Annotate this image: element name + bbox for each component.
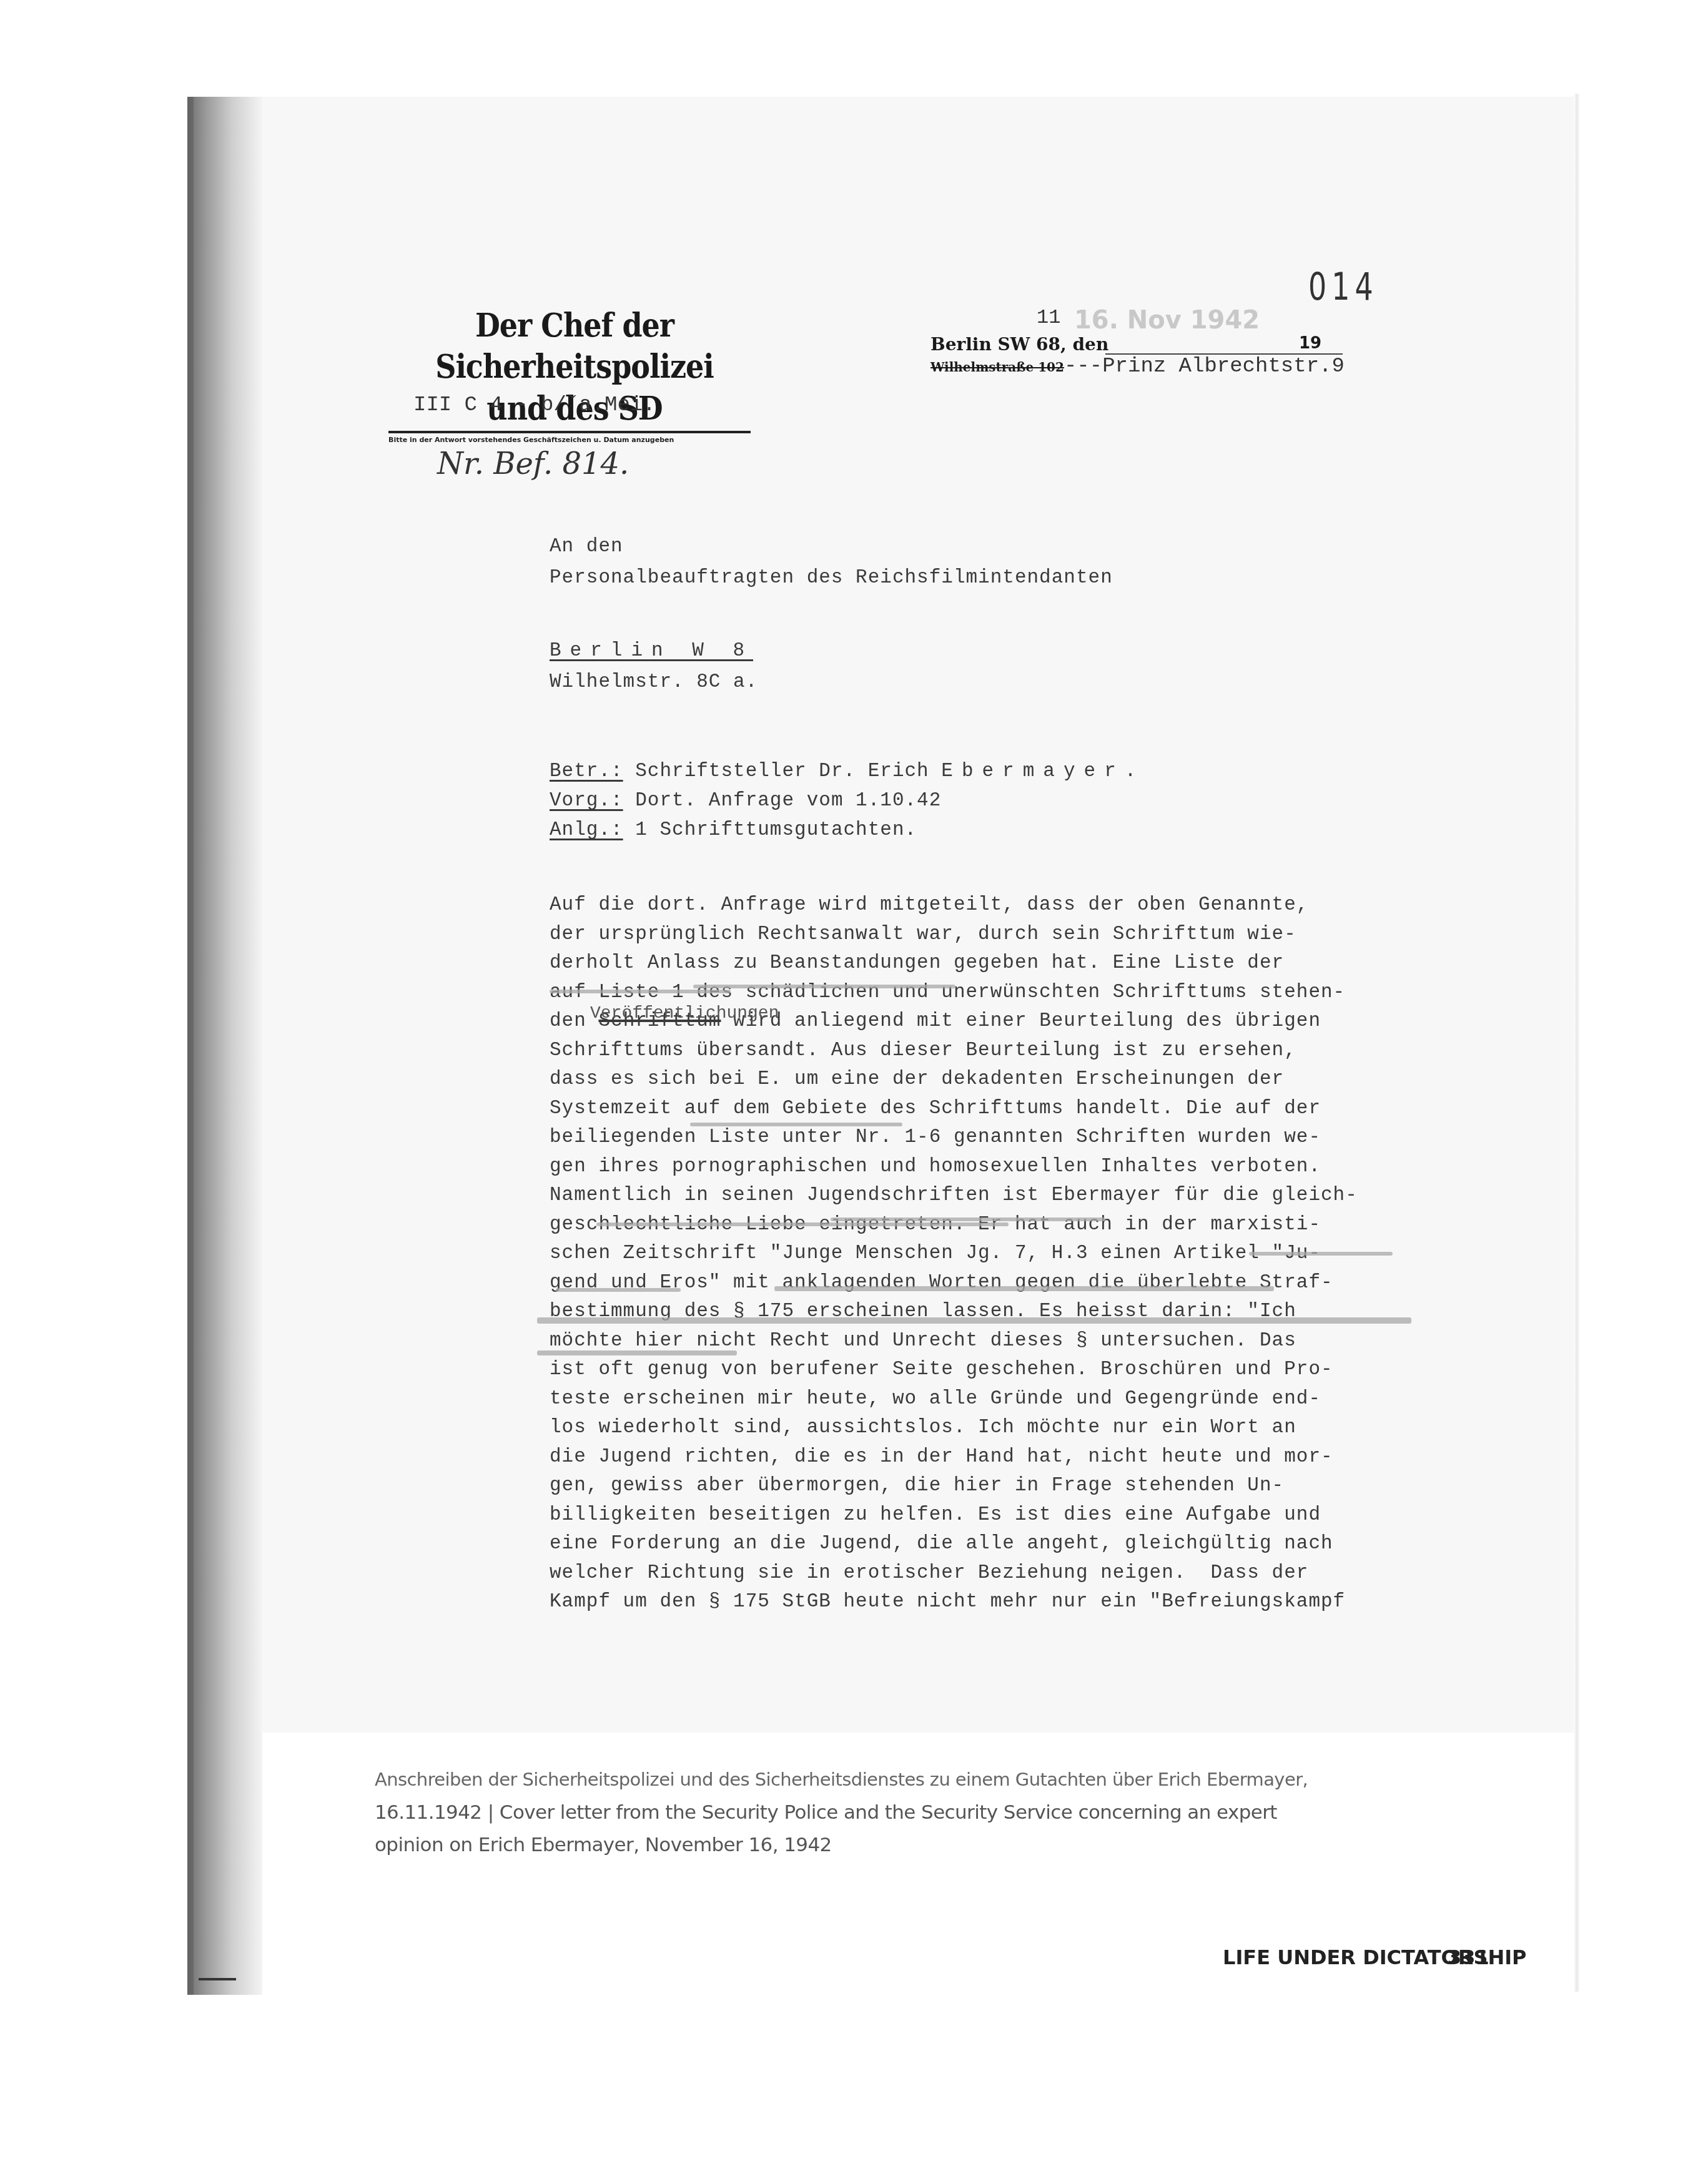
pencil-underline (537, 1350, 737, 1355)
body-line: welcher Richtung sie in erotischer Bezie… (550, 1562, 1308, 1584)
body-line: Systemzeit auf dem Gebiete des Schrifttu… (550, 1098, 1321, 1119)
caption-english-1: 16.11.1942 | Cover letter from the Secur… (375, 1801, 1277, 1824)
body-line: teste erscheinen mir heute, wo alle Grün… (550, 1388, 1321, 1410)
subject-text: 1 Schrifttumsgutachten. (635, 819, 917, 841)
caption-german: Anschreiben der Sicherheitspolizei und d… (375, 1769, 1308, 1790)
body-line: eine Forderung an die Jugend, die alle a… (550, 1533, 1333, 1555)
body-line: Kampf um den § 175 StGB heute nicht mehr… (550, 1591, 1345, 1613)
pencil-underline (1249, 1252, 1393, 1256)
handwritten-reference: Nr. Bef. 814. (437, 446, 629, 481)
pencil-underline (774, 1286, 1274, 1291)
page-number: 331 (1448, 1945, 1489, 1969)
subject-betr: Betr.: Schriftsteller Dr. Erich Ebermaye… (550, 760, 1145, 782)
recipient-line-1: An den (550, 536, 623, 558)
body-line: billigkeiten beseitigen zu helfen. Es is… (550, 1504, 1321, 1526)
file-reference: III C 4 - b/ˇa.Mei. (413, 393, 656, 417)
body-line: Namentlich in seinen Jugendschriften ist… (550, 1184, 1358, 1206)
recipient-street: Wilhelmstr. 8C a. (550, 671, 758, 693)
year-prefix: 19 (1299, 334, 1321, 353)
caption-english-2: opinion on Erich Ebermayer, November 16,… (375, 1834, 832, 1856)
page-right-edge (1574, 94, 1580, 1992)
pencil-underline (556, 1288, 681, 1292)
received-stamp: 16. Nov 1942 (1074, 306, 1260, 335)
subject-label: Vorg.: (550, 790, 623, 812)
letterhead-line-1: Der Chef der Sicherheitspolizei (387, 304, 762, 387)
body-line: gen, gewiss aber übermorgen, die hier in… (550, 1475, 1284, 1497)
body-line: der ursprünglich Rechtsanwalt war, durch… (550, 923, 1296, 945)
subject-vorg: Vorg.: Dort. Anfrage vom 1.10.42 (550, 790, 941, 812)
reference-hint: Bitte in der Antwort vorstehendes Geschä… (388, 436, 674, 444)
subject-text: Dort. Anfrage vom 1.10.42 (635, 790, 941, 812)
body-line: möchte hier nicht Recht und Unrecht dies… (550, 1330, 1296, 1352)
book-gutter-edge (187, 97, 194, 1995)
page-edge-mark (199, 1978, 236, 1980)
place-line: Berlin SW 68, den (930, 334, 1108, 355)
body-line: Auf die dort. Anfrage wird mitgeteilt, d… (550, 894, 1308, 916)
new-street: ---Prinz Albrechtstr.9 (1064, 355, 1345, 378)
typed-insertion: Veröffentlichungen (590, 1004, 779, 1023)
body-line-rest: wird anliegend mit einer Beurteilung des… (721, 1010, 1321, 1032)
sender-street: Wilhelmstraße 102---Prinz Albrechtstr.9 (930, 355, 1345, 378)
subject-text: Schriftsteller Dr. Erich (635, 760, 941, 782)
body-line: beiliegenden Liste unter Nr. 1-6 genannt… (550, 1126, 1321, 1148)
body-line: Schrifttums übersandt. Aus dieser Beurte… (550, 1040, 1296, 1061)
body-line: gen ihres pornographischen und homosexue… (550, 1156, 1321, 1178)
subject-name: Ebermayer. (941, 760, 1145, 782)
archive-number: 014 (1308, 265, 1378, 308)
recipient-city: Berlin W 8 (550, 640, 753, 662)
recipient-line-2: Personalbeauftragten des Reichsfilminten… (550, 567, 1113, 589)
reference-rule (388, 431, 751, 433)
pencil-underline (690, 1123, 902, 1126)
subject-label: Betr.: (550, 760, 623, 782)
pencil-underline (550, 990, 731, 993)
pencil-underline (831, 1217, 1105, 1221)
body-line: los wiederholt sind, aussichtslos. Ich m… (550, 1417, 1296, 1439)
body-line: schen Zeitschrift "Junge Menschen Jg. 7,… (550, 1242, 1321, 1264)
body-line: die Jugend richten, die es in der Hand h… (550, 1446, 1333, 1468)
book-gutter-shadow (187, 97, 262, 1995)
subject-anlg: Anlg.: 1 Schrifttumsgutachten. (550, 819, 917, 841)
pencil-underline (693, 985, 955, 988)
pencil-underline (596, 1222, 1009, 1226)
pencil-underline (537, 1317, 1411, 1324)
body-line: ist oft genug von berufener Seite gesche… (550, 1359, 1333, 1380)
date-day: 11 (1037, 306, 1060, 329)
body-line: dass es sich bei E. um eine der dekadent… (550, 1068, 1284, 1090)
body-line: derholt Anlass zu Beanstandungen gegeben… (550, 952, 1284, 974)
old-street: Wilhelmstraße 102 (930, 360, 1064, 375)
subject-label: Anlg.: (550, 819, 623, 841)
